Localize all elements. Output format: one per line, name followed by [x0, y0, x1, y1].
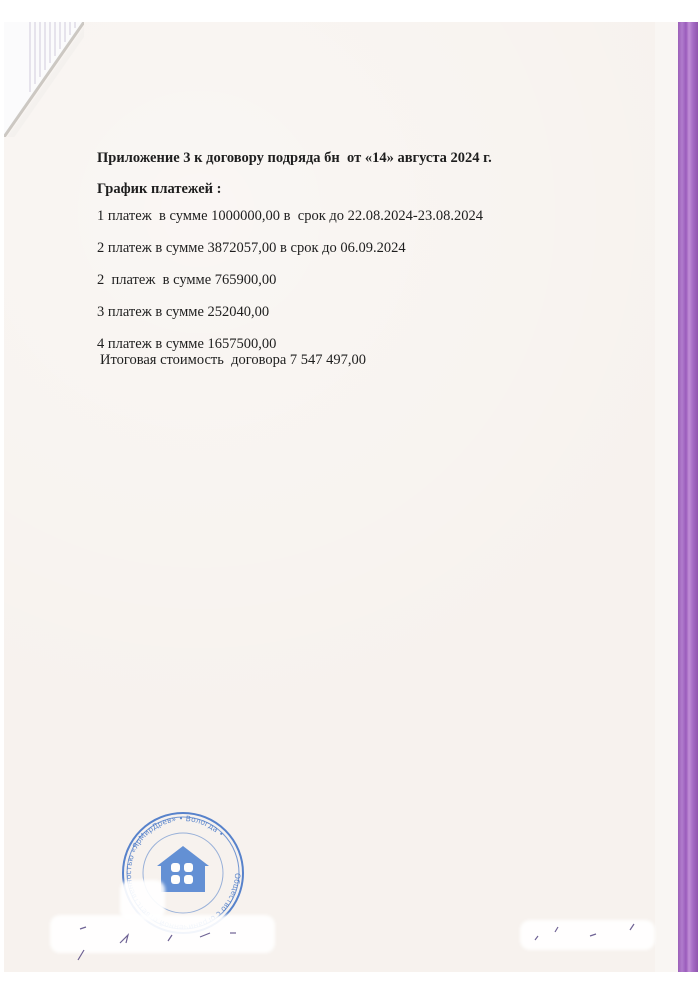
payment-line: 1 платеж в сумме 1000000,00 в срок до 22… — [97, 208, 483, 225]
payment-schedule-heading: График платежей : — [97, 181, 221, 198]
binding-stripe — [678, 22, 698, 972]
payment-line: 4 платеж в сумме 1657500,00 — [97, 336, 276, 353]
page-edge — [655, 22, 678, 972]
appendix-title: Приложение 3 к договору подряда бн от «1… — [97, 150, 492, 167]
contract-total: Итоговая стоимость договора 7 547 497,00 — [100, 352, 366, 369]
folded-corner — [4, 22, 84, 137]
signature-right — [530, 920, 660, 960]
payment-line: 3 платеж в сумме 252040,00 — [97, 304, 269, 321]
house-icon — [157, 846, 209, 892]
signature-left — [50, 905, 280, 965]
payment-line: 2 платеж в сумме 3872057,00 в срок до 06… — [97, 240, 406, 257]
payment-line: 2 платеж в сумме 765900,00 — [97, 272, 276, 289]
